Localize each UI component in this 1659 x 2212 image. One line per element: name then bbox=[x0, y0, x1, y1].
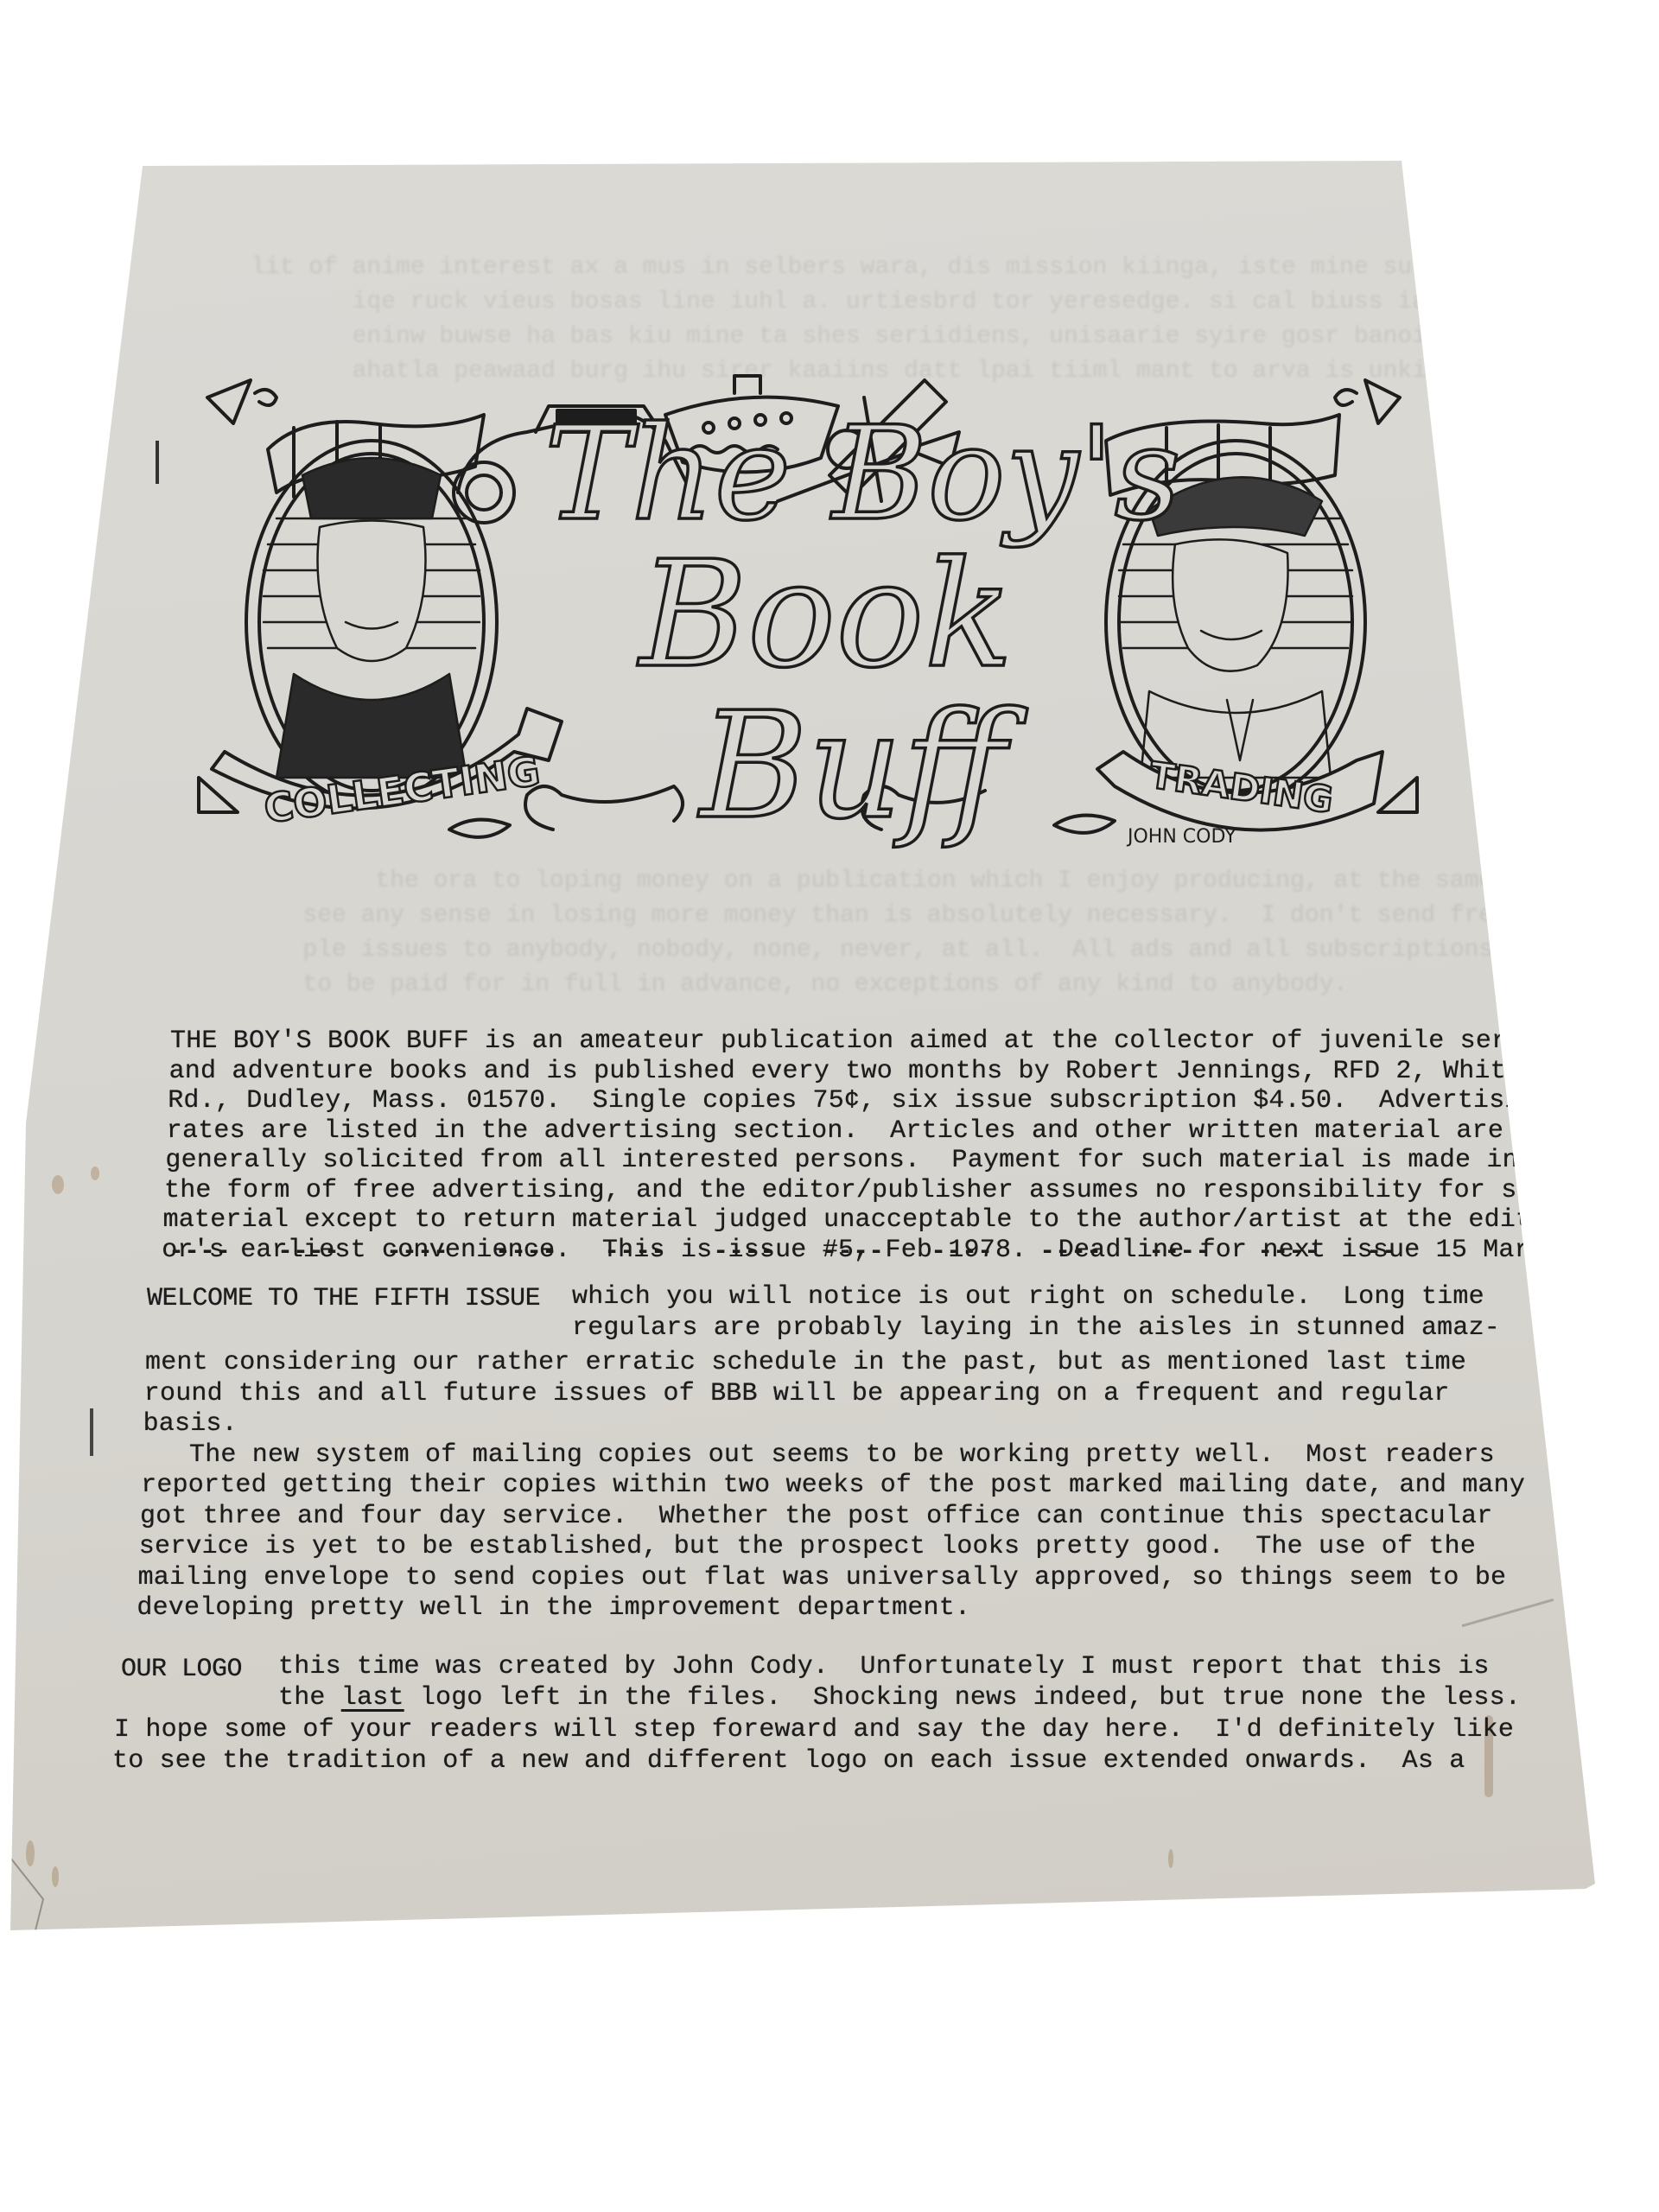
text-line: basis. bbox=[143, 1409, 238, 1439]
text-line: the form of free advertising, and the ed… bbox=[164, 1176, 1564, 1205]
staple-mark bbox=[90, 1408, 93, 1456]
text-line: material except to return material judge… bbox=[163, 1205, 1548, 1235]
masthead-title-line2: Book bbox=[637, 530, 1014, 701]
text-line: ment considering our rather erratic sche… bbox=[145, 1348, 1466, 1377]
underlined-word: last bbox=[341, 1683, 404, 1713]
bleed-through-text: the ora to loping money on a publication… bbox=[259, 864, 1659, 1002]
foxing-stain bbox=[52, 1175, 64, 1194]
creased-corner bbox=[9, 1858, 60, 1935]
text-line: The new system of mailing copies out see… bbox=[142, 1440, 1494, 1470]
sailor-portrait-icon bbox=[264, 458, 480, 778]
our-logo-heading: OUR LOGO bbox=[121, 1655, 242, 1684]
text-line: round this and all future issues of BBB … bbox=[144, 1379, 1450, 1408]
text-line: to see the tradition of a new and differ… bbox=[112, 1746, 1465, 1776]
text-line: THE BOY'S BOOK BUFF is an ameateur publi… bbox=[170, 1027, 1554, 1056]
text-line: got three and four day service. Whether … bbox=[140, 1502, 1492, 1531]
text-line: generally solicited from all interested … bbox=[165, 1146, 1517, 1175]
masthead-title-line3: Buff bbox=[697, 681, 1027, 852]
artist-signature: JOHN CODY bbox=[1126, 826, 1236, 848]
foxing-stain bbox=[1168, 1849, 1173, 1868]
masthead-logo: The Boy's Book Buff COLLECTING TRADING J… bbox=[173, 346, 1443, 864]
welcome-first-line: which you will notice is out right on sc… bbox=[572, 1282, 1484, 1312]
text-line: rates are listed in the advertising sect… bbox=[167, 1116, 1503, 1146]
welcome-indented-line: regulars are probably laying in the aisl… bbox=[572, 1313, 1500, 1343]
welcome-heading: WELCOME TO THE FIFTH ISSUE bbox=[147, 1284, 540, 1313]
foxing-stain bbox=[91, 1166, 99, 1180]
corner-ornament-icon bbox=[199, 778, 238, 812]
corner-ornament-icon bbox=[1378, 778, 1417, 812]
our-logo-first-line: this time was created by John Cody. Unfo… bbox=[278, 1652, 1490, 1681]
text-line: I hope some of your readers will step fo… bbox=[114, 1715, 1514, 1745]
text-line: and adventure books and is published eve… bbox=[169, 1057, 1554, 1086]
masthead-title-line1: The Boy's bbox=[544, 399, 1181, 550]
our-logo-indented-line: the last logo left in the files. Shockin… bbox=[278, 1683, 1521, 1713]
scratch-mark bbox=[1462, 1599, 1554, 1627]
section-separator: ---- ---- ---- ---- ---- ---- ---- ---- … bbox=[168, 1237, 1397, 1267]
text-line: Rd., Dudley, Mass. 01570. Single copies … bbox=[168, 1086, 1552, 1116]
text-line: mailing envelope to send copies out flat… bbox=[138, 1563, 1507, 1592]
corner-ornament-icon bbox=[207, 380, 251, 423]
text-line: service is yet to be established, but th… bbox=[139, 1532, 1476, 1561]
text-line: developing pretty well in the improvemen… bbox=[137, 1593, 970, 1623]
paper-page: lit of anime interest ax a mus in selber… bbox=[0, 0, 1659, 2212]
text-line: reported getting their copies within two… bbox=[141, 1471, 1525, 1500]
staple-mark bbox=[156, 441, 159, 484]
corner-ornament-icon bbox=[1365, 380, 1400, 423]
